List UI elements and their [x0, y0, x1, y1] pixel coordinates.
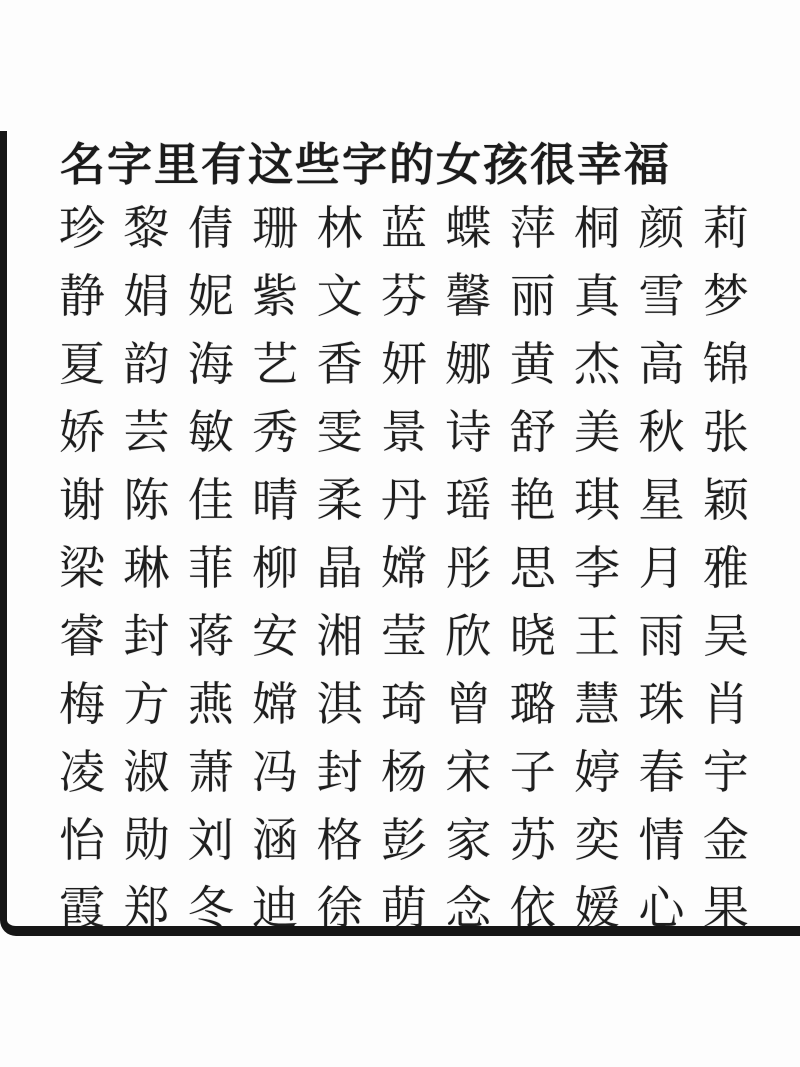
name-character: 慧	[573, 681, 621, 727]
name-character: 冯	[251, 749, 299, 795]
name-character: 梦	[702, 273, 750, 319]
name-character: 徐	[316, 885, 364, 931]
grid-row: 怡勋刘涵格彭家苏奕情金	[58, 806, 750, 874]
name-character: 晶	[316, 545, 364, 591]
name-character: 黎	[122, 205, 170, 251]
name-character: 淑	[122, 749, 170, 795]
image-card: 名字里有这些字的女孩很幸福 珍黎倩珊林蓝蝶萍桐颜莉静娟妮紫文芬馨丽真雪梦夏韵海艺…	[0, 0, 800, 1067]
name-character: 美	[573, 409, 621, 455]
name-character: 紫	[251, 273, 299, 319]
name-character: 丽	[509, 273, 557, 319]
name-character: 萍	[509, 205, 557, 251]
name-character: 珍	[58, 205, 106, 251]
name-character: 舒	[509, 409, 557, 455]
name-character: 苏	[509, 817, 557, 863]
name-character: 香	[316, 341, 364, 387]
name-character: 嫦	[251, 681, 299, 727]
grid-row: 娇芸敏秀雯景诗舒美秋张	[58, 398, 750, 466]
name-character: 馨	[444, 273, 492, 319]
name-character: 珠	[638, 681, 686, 727]
name-character: 淇	[316, 681, 364, 727]
grid-row: 睿封蒋安湘莹欣晓王雨吴	[58, 602, 750, 670]
name-character: 蓝	[380, 205, 428, 251]
name-character: 金	[702, 817, 750, 863]
name-character: 睿	[58, 613, 106, 659]
name-character: 子	[509, 749, 557, 795]
grid-row: 夏韵海艺香妍娜黄杰高锦	[58, 330, 750, 398]
name-character: 菲	[187, 545, 235, 591]
name-character: 嫦	[380, 545, 428, 591]
name-character: 果	[702, 885, 750, 931]
name-character: 宇	[702, 749, 750, 795]
name-character: 念	[444, 885, 492, 931]
page-title: 名字里有这些字的女孩很幸福	[60, 128, 671, 193]
name-character: 倩	[187, 205, 235, 251]
name-character: 敏	[187, 409, 235, 455]
name-character: 佳	[187, 477, 235, 523]
name-character: 景	[380, 409, 428, 455]
name-character: 婷	[573, 749, 621, 795]
name-character: 桐	[573, 205, 621, 251]
name-character: 春	[638, 749, 686, 795]
name-character: 安	[251, 613, 299, 659]
name-character: 涵	[251, 817, 299, 863]
name-character: 蒋	[187, 613, 235, 659]
name-character: 月	[638, 545, 686, 591]
name-character: 封	[316, 749, 364, 795]
name-character: 丹	[380, 477, 428, 523]
name-character: 雯	[316, 409, 364, 455]
name-character: 娇	[58, 409, 106, 455]
grid-row: 谢陈佳晴柔丹瑶艳琪星颖	[58, 466, 750, 534]
name-character: 秀	[251, 409, 299, 455]
name-character: 李	[573, 545, 621, 591]
grid-row: 凌淑萧冯封杨宋子婷春宇	[58, 738, 750, 806]
name-character: 梅	[58, 681, 106, 727]
name-character: 晓	[509, 613, 557, 659]
name-character: 燕	[187, 681, 235, 727]
name-character: 娜	[444, 341, 492, 387]
name-character: 彭	[380, 817, 428, 863]
name-character: 杰	[573, 341, 621, 387]
name-character: 情	[638, 817, 686, 863]
name-character: 柔	[316, 477, 364, 523]
name-character: 高	[638, 341, 686, 387]
name-character: 雨	[638, 613, 686, 659]
name-character: 娟	[122, 273, 170, 319]
name-character: 冬	[187, 885, 235, 931]
name-character: 星	[638, 477, 686, 523]
grid-row: 珍黎倩珊林蓝蝶萍桐颜莉	[58, 194, 750, 262]
grid-row: 梁琳菲柳晶嫦彤思李月雅	[58, 534, 750, 602]
name-character: 张	[702, 409, 750, 455]
name-character: 琪	[573, 477, 621, 523]
name-character: 彤	[444, 545, 492, 591]
name-character: 勋	[122, 817, 170, 863]
name-character: 林	[316, 205, 364, 251]
name-character: 欣	[444, 613, 492, 659]
name-character: 秋	[638, 409, 686, 455]
name-character: 谢	[58, 477, 106, 523]
name-character: 奕	[573, 817, 621, 863]
name-character: 锦	[702, 341, 750, 387]
name-character: 芬	[380, 273, 428, 319]
name-character: 肖	[702, 681, 750, 727]
name-character: 霞	[58, 885, 106, 931]
name-character: 思	[509, 545, 557, 591]
name-character: 曾	[444, 681, 492, 727]
grid-row: 静娟妮紫文芬馨丽真雪梦	[58, 262, 750, 330]
name-character: 瑶	[444, 477, 492, 523]
name-character: 刘	[187, 817, 235, 863]
name-character: 璐	[509, 681, 557, 727]
name-character: 韵	[122, 341, 170, 387]
character-grid: 珍黎倩珊林蓝蝶萍桐颜莉静娟妮紫文芬馨丽真雪梦夏韵海艺香妍娜黄杰高锦娇芸敏秀雯景诗…	[58, 194, 750, 942]
name-character: 格	[316, 817, 364, 863]
name-character: 妮	[187, 273, 235, 319]
name-character: 郑	[122, 885, 170, 931]
name-character: 方	[122, 681, 170, 727]
name-character: 珊	[251, 205, 299, 251]
name-character: 琦	[380, 681, 428, 727]
name-character: 湘	[316, 613, 364, 659]
name-character: 真	[573, 273, 621, 319]
name-character: 文	[316, 273, 364, 319]
name-character: 莉	[702, 205, 750, 251]
name-character: 黄	[509, 341, 557, 387]
grid-row: 梅方燕嫦淇琦曾璐慧珠肖	[58, 670, 750, 738]
name-character: 心	[638, 885, 686, 931]
name-character: 蝶	[444, 205, 492, 251]
name-character: 陈	[122, 477, 170, 523]
name-character: 萌	[380, 885, 428, 931]
name-character: 依	[509, 885, 557, 931]
name-character: 艺	[251, 341, 299, 387]
name-character: 海	[187, 341, 235, 387]
name-character: 妍	[380, 341, 428, 387]
name-character: 诗	[444, 409, 492, 455]
name-character: 凌	[58, 749, 106, 795]
name-character: 吴	[702, 613, 750, 659]
name-character: 柳	[251, 545, 299, 591]
name-character: 芸	[122, 409, 170, 455]
name-character: 雅	[702, 545, 750, 591]
name-character: 梁	[58, 545, 106, 591]
name-character: 晴	[251, 477, 299, 523]
name-character: 嫒	[573, 885, 621, 931]
name-character: 夏	[58, 341, 106, 387]
name-character: 莹	[380, 613, 428, 659]
name-character: 颜	[638, 205, 686, 251]
name-character: 颖	[702, 477, 750, 523]
name-character: 雪	[638, 273, 686, 319]
name-character: 静	[58, 273, 106, 319]
name-character: 琳	[122, 545, 170, 591]
name-character: 杨	[380, 749, 428, 795]
name-character: 萧	[187, 749, 235, 795]
name-character: 封	[122, 613, 170, 659]
name-character: 艳	[509, 477, 557, 523]
name-character: 迪	[251, 885, 299, 931]
name-character: 家	[444, 817, 492, 863]
name-character: 怡	[58, 817, 106, 863]
grid-row: 霞郑冬迪徐萌念依嫒心果	[58, 874, 750, 942]
name-character: 王	[573, 613, 621, 659]
name-character: 宋	[444, 749, 492, 795]
